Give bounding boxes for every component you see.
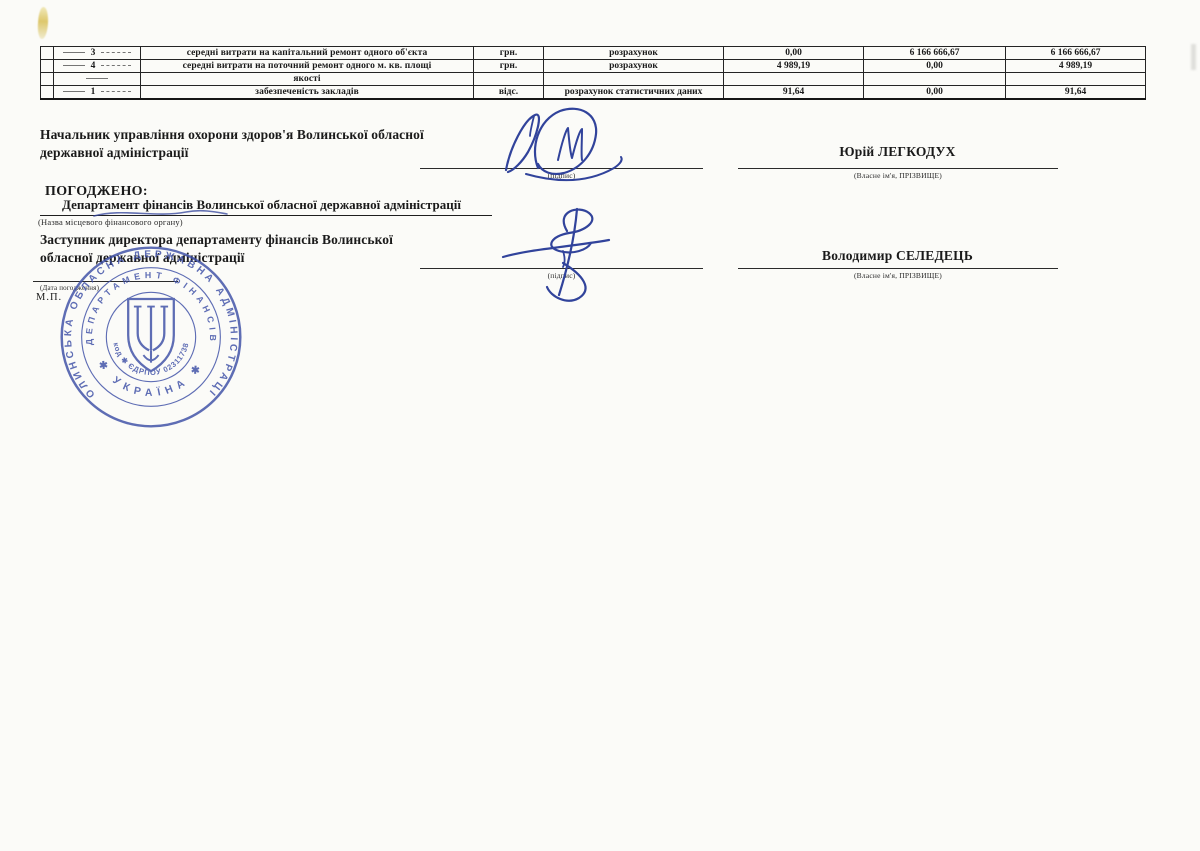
table-cell-unit: грн. (474, 60, 544, 73)
signatory1-name: Юрій ЛЕГКОДУХ (740, 144, 1055, 160)
signatory1-title: Начальник управління охорони здоров'я Во… (40, 126, 460, 162)
table-cell-unit (474, 73, 544, 86)
table-cell-actual: 0,00 (864, 86, 1006, 100)
row-number: 4 (91, 61, 96, 71)
table-row: 4 середні витрати на поточний ремонт одн… (41, 60, 1146, 73)
name-line-1 (738, 168, 1058, 169)
pen-dash (101, 65, 131, 66)
handwritten-signature-1 (490, 100, 630, 188)
ink-scribble (92, 205, 232, 221)
table-cell-total: 6 166 666,67 (1006, 47, 1146, 60)
table-cell-number (54, 73, 141, 86)
row-number: 1 (91, 87, 96, 97)
table-cell-actual: 0,00 (864, 60, 1006, 73)
table-cell-approved (724, 73, 864, 86)
pen-dash (63, 52, 85, 53)
scanned-document-page: 3 середні витрати на капітальний ремонт … (0, 0, 1200, 851)
table-cell-section-title: якості (141, 73, 474, 86)
pen-dash (101, 52, 131, 53)
table-cell-edge (41, 60, 54, 73)
table-cell-total: 4 989,19 (1006, 60, 1146, 73)
table-section-row: якості (41, 73, 1146, 86)
table-cell-actual (864, 73, 1006, 86)
table-cell-edge (41, 47, 54, 60)
page-edge-artifact (1191, 44, 1196, 70)
table-cell-description: забезпеченість закладів (141, 86, 474, 100)
pen-dash (86, 78, 108, 79)
pen-dash (101, 91, 131, 92)
name-line-2 (738, 268, 1058, 269)
table-cell-number: 3 (54, 47, 141, 60)
row-number: 3 (91, 48, 96, 58)
name-label-2: (Власне ім'я, ПРІЗВИЩЕ) (738, 271, 1058, 280)
trident-emblem (128, 299, 174, 371)
table-cell-method: розрахунок (544, 47, 724, 60)
table-cell-approved: 91,64 (724, 86, 864, 100)
table-cell-total (1006, 73, 1146, 86)
handwritten-signature-2 (493, 205, 633, 307)
signatory2-name: Володимир СЕЛЕДЕЦЬ (740, 248, 1055, 264)
table-cell-method: розрахунок (544, 60, 724, 73)
official-stamp: ВОЛИНСЬКА ОБЛАСНА ДЕРЖАВНА АДМІНІСТРАЦІЯ… (56, 242, 246, 432)
table-cell-number: 4 (54, 60, 141, 73)
table-row: 3 середні витрати на капітальний ремонт … (41, 47, 1146, 60)
pen-dash (63, 65, 85, 66)
table-cell-approved: 0,00 (724, 47, 864, 60)
table-cell-method (544, 73, 724, 86)
table-cell-method: розрахунок статистичних даних (544, 86, 724, 100)
table-cell-description: середні витрати на капітальний ремонт од… (141, 47, 474, 60)
table-cell-approved: 4 989,19 (724, 60, 864, 73)
indicators-table: 3 середні витрати на капітальний ремонт … (40, 46, 1146, 100)
table-cell-edge (41, 73, 54, 86)
table-cell-edge (41, 86, 54, 100)
table-cell-number: 1 (54, 86, 141, 100)
table-cell-unit: відс. (474, 86, 544, 100)
name-label-1: (Власне ім'я, ПРІЗВИЩЕ) (738, 171, 1058, 180)
table-cell-unit: грн. (474, 47, 544, 60)
table-cell-actual: 6 166 666,67 (864, 47, 1006, 60)
stamp-country-text: ✱ УКРАЇНА ✱ (95, 359, 206, 399)
table-row: 1 забезпеченість закладів відс. розрахун… (41, 86, 1146, 100)
scan-smudge-artifact (37, 7, 49, 40)
table-cell-total: 91,64 (1006, 86, 1146, 100)
pen-dash (63, 91, 85, 92)
table-cell-description: середні витрати на поточний ремонт одног… (141, 60, 474, 73)
